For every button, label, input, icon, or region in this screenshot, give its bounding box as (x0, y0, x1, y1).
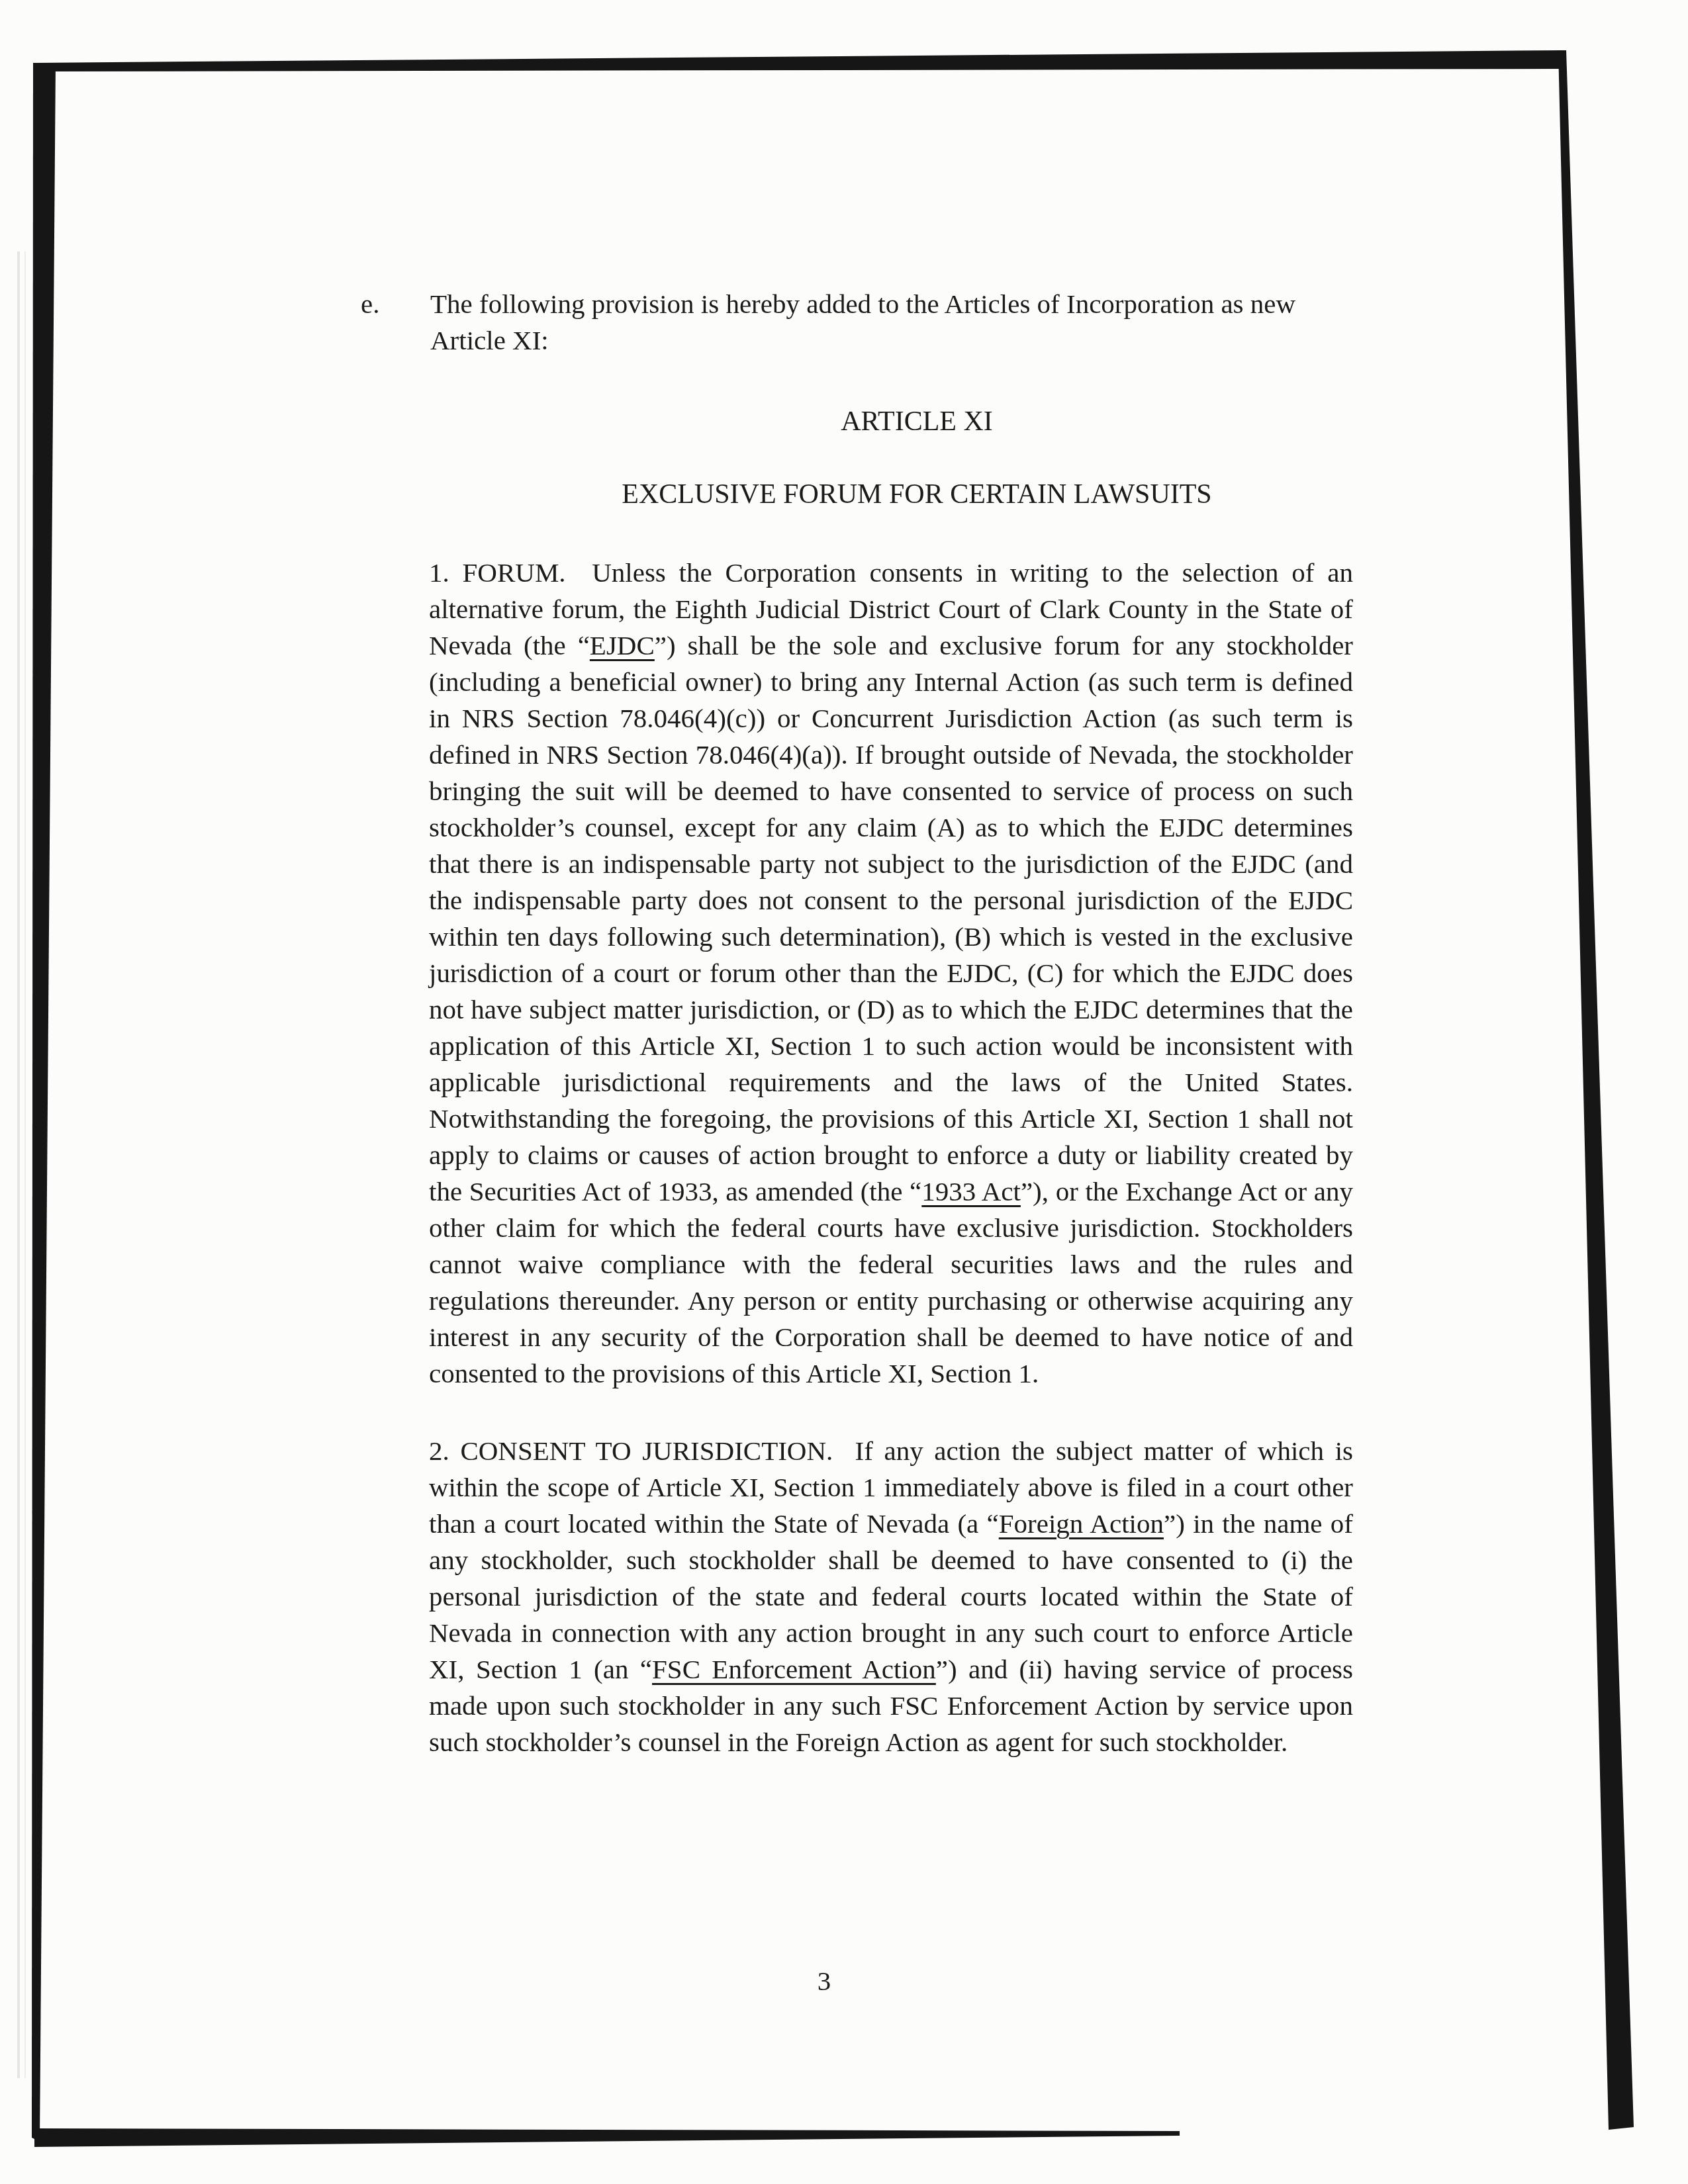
defined-term-underlined: Foreign Action (999, 1508, 1164, 1539)
article-body: 1. FORUM. Unless the Corporation consent… (429, 555, 1353, 1760)
article-subtitle: EXCLUSIVE FORUM FOR CERTAIN LAWSUITS (437, 478, 1397, 511)
list-item-marker: e. (361, 286, 430, 359)
article-title: ARTICLE XI (437, 405, 1397, 438)
text-run: ”) shall be the sole and exclusive forum… (429, 630, 1353, 1206)
defined-term-underlined: 1933 Act (921, 1176, 1021, 1206)
page-number: 3 (361, 1964, 1288, 1997)
defined-term-underlined: EJDC (590, 630, 655, 660)
list-item-e: e. The following provision is hereby add… (361, 286, 1460, 359)
paragraph-consent-to-jurisdiction: 2. CONSENT TO JURISDICTION. If any actio… (429, 1433, 1353, 1760)
defined-term-underlined: FSC Enforcement Action (652, 1654, 936, 1684)
paragraph-forum: 1. FORUM. Unless the Corporation consent… (429, 555, 1353, 1392)
list-item-text: The following provision is hereby added … (430, 286, 1460, 359)
document-content: e. The following provision is hereby add… (0, 0, 1688, 2184)
scanned-document-page: e. The following provision is hereby add… (0, 0, 1688, 2184)
text-run: ”), or the Exchange Act or any other cla… (429, 1176, 1353, 1388)
